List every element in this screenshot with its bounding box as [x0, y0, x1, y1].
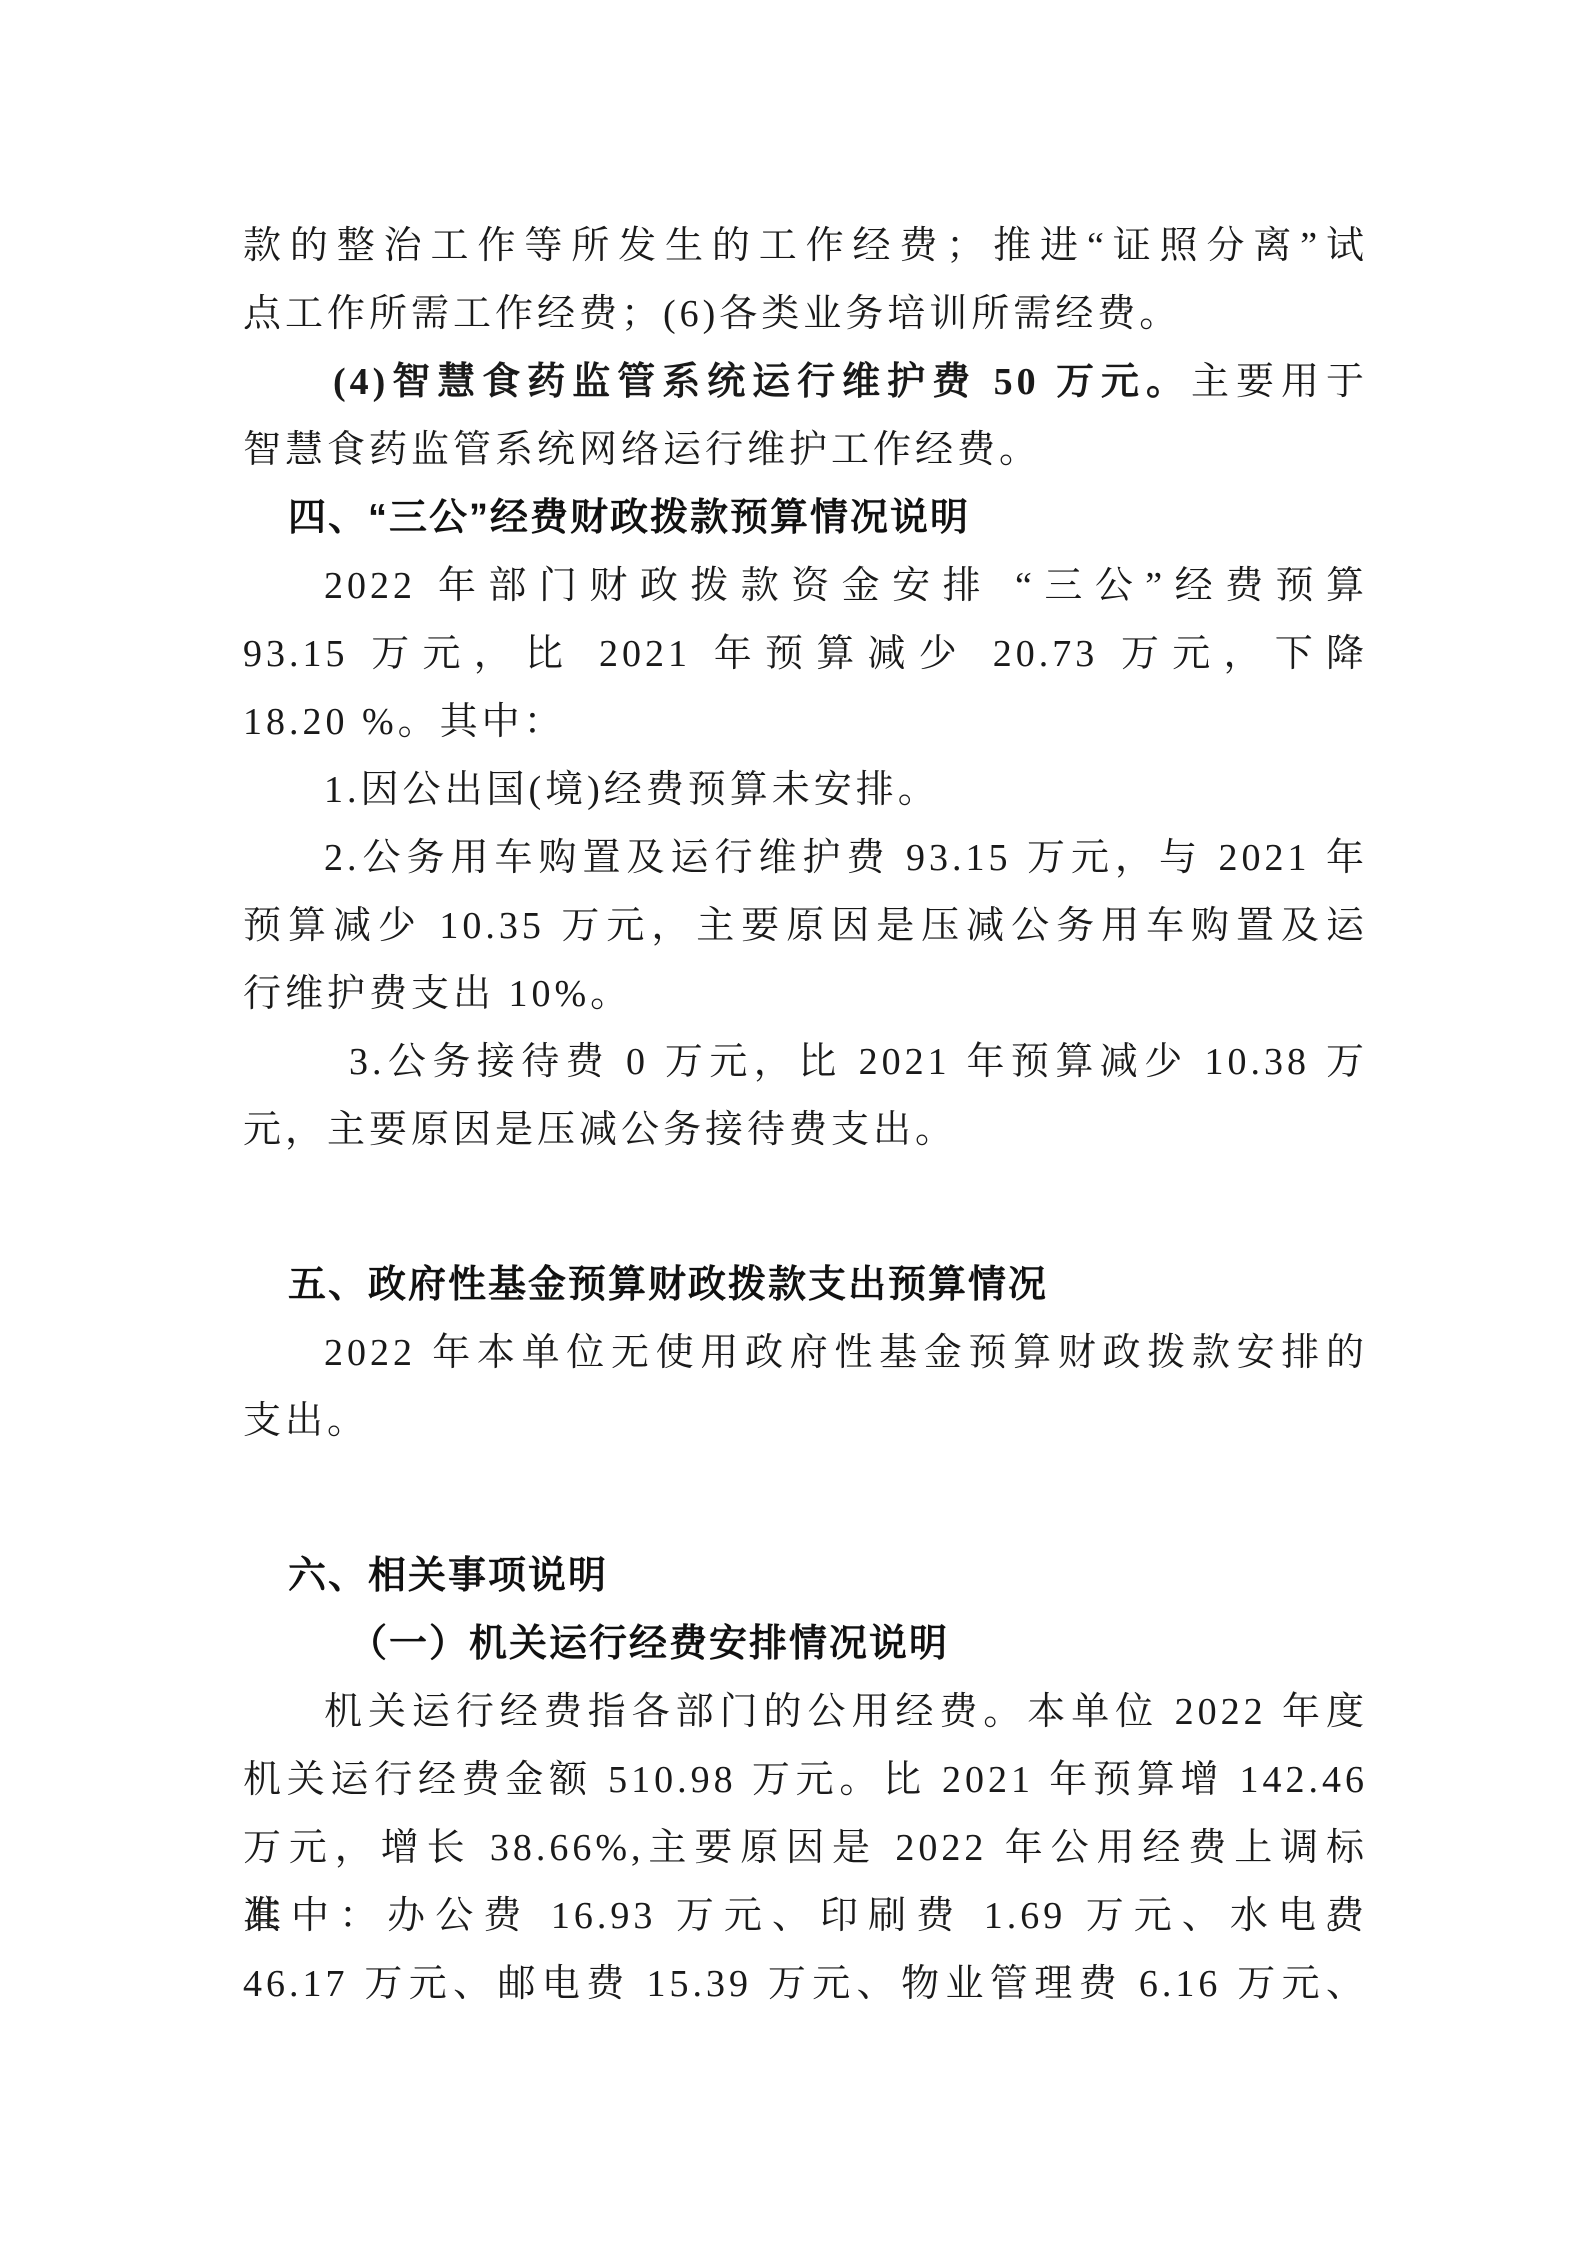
- bold-item-amount-text: (4)智慧食药监管系统运行维护费 50 万元。: [333, 361, 1191, 403]
- text-line: 46.17 万元、邮电费 15.39 万元、物业管理费 6.16 万元、: [243, 1950, 1368, 2018]
- text-line: 其中：办公费 16.93 万元、印刷费 1.69 万元、水电费: [243, 1882, 1368, 1950]
- document-page: 款的整治工作等所发生的工作经费；推进“证照分离”试 点工作所需工作经费；(6)各…: [0, 0, 1587, 2245]
- text-line: 行维护费支出 10%。: [243, 960, 1368, 1028]
- text-line: 预算减少 10.35 万元，主要原因是压减公务用车购置及运: [243, 892, 1368, 960]
- text-line: 点工作所需工作经费；(6)各类业务培训所需经费。: [243, 280, 1368, 348]
- text-line-item-4: (4)智慧食药监管系统运行维护费 50 万元。主要用于: [243, 348, 1368, 416]
- text-line: 2022 年本单位无使用政府性基金预算财政拨款安排的: [243, 1319, 1368, 1387]
- text-line: 款的整治工作等所发生的工作经费；推进“证照分离”试: [243, 212, 1368, 280]
- heading-section-5: 五、政府性基金预算财政拨款支出预算情况: [243, 1251, 1368, 1319]
- regular-text: 主要用于: [1191, 361, 1368, 403]
- text-line: 元，主要原因是压减公务接待费支出。: [243, 1096, 1368, 1164]
- text-line: 93.15 万元，比 2021 年预算减少 20.73 万元，下降: [243, 620, 1368, 688]
- text-line: 18.20 %。其中：: [243, 688, 1368, 756]
- heading-subsection-1: （一）机关运行经费安排情况说明: [243, 1610, 1368, 1678]
- text-line-item-1: 1.因公出国(境)经费预算未安排。: [243, 756, 1368, 824]
- text-line: 智慧食药监管系统网络运行维护工作经费。: [243, 416, 1368, 484]
- heading-section-4: 四、“三公”经费财政拨款预算情况说明: [243, 484, 1368, 552]
- text-line-item-2: 2.公务用车购置及运行维护费 93.15 万元，与 2021 年: [243, 824, 1368, 892]
- text-line: 2022 年部门财政拨款资金安排 “三公”经费预算: [243, 552, 1368, 620]
- text-line: 机关运行经费指各部门的公用经费。本单位 2022 年度: [243, 1678, 1368, 1746]
- text-line-item-3: 3.公务接待费 0 万元，比 2021 年预算减少 10.38 万: [243, 1028, 1368, 1096]
- text-line: 机关运行经费金额 510.98 万元。比 2021 年预算增 142.46: [243, 1746, 1368, 1814]
- text-line: 支出。: [243, 1387, 1368, 1455]
- heading-section-6: 六、相关事项说明: [243, 1542, 1368, 1610]
- text-line: 万元，增长 38.66%,主要原因是 2022 年公用经费上调标准。: [243, 1814, 1368, 1882]
